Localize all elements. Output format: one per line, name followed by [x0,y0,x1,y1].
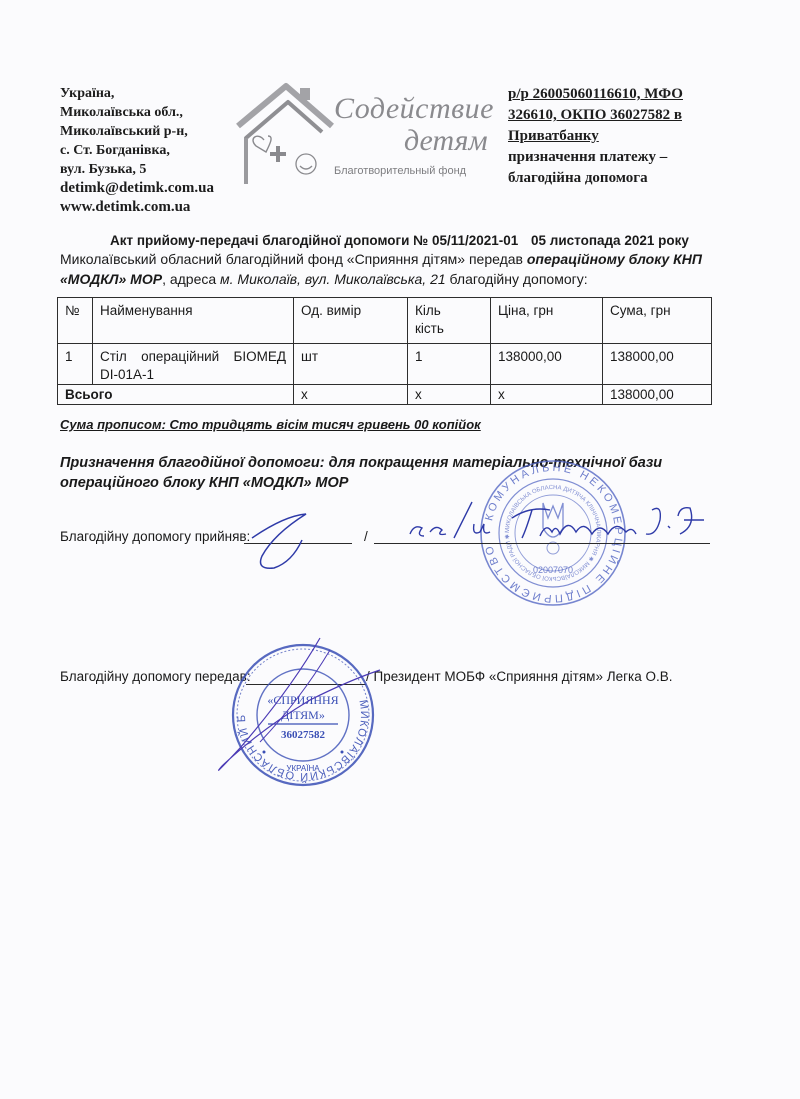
bank-account-line: 326610, ОКПО 36027582 в [508,105,728,126]
aid-purpose: Призначення благодійної допомоги: для по… [60,453,750,493]
received-handwritten-name [400,496,720,546]
received-signature [244,506,354,576]
act-intro: Миколаївський обласний благодійний фонд … [60,249,750,289]
column-header: Кіль кість [408,298,491,344]
sum-in-words: Сума прописом: Сто тридцять вісім тисяч … [60,417,481,432]
column-header: Сума, грн [603,298,712,344]
logo-subtitle: Благотворительный фонд [334,165,466,177]
address-line: Миколаївський р-н, [60,122,260,141]
fund-logo: Содействие детям Благотворительный фонд [234,82,504,192]
address-line: вул. Бузька, 5 [60,160,260,179]
bank-name: Приватбанку [508,126,728,147]
given-signature [180,630,400,790]
total-unit: х [294,385,408,405]
email-link[interactable]: detimk@detimk.com.ua [60,179,260,198]
intro-text: , адреса [162,271,220,287]
table-header-row: № Найменування Од. вимір Кіль кість Ціна… [58,298,712,344]
cell-name: Стіл операційний БІОМЕД DI-01A-1 [93,344,294,385]
bank-details: р/р 26005060116610, МФО 326610, ОКПО 360… [508,84,728,189]
column-header: Найменування [93,298,294,344]
total-price: х [491,385,603,405]
address-line: с. Ст. Богданівка, [60,141,260,160]
payment-purpose: благодійна допомога [508,168,728,189]
column-header-text: Кіль кість [415,303,444,336]
cell-unit: шт [294,344,408,385]
table-total-row: Всього х х х 138000,00 [58,385,712,405]
payment-purpose: призначення платежу – [508,147,728,168]
stamp-code: 02007070 [533,565,573,575]
house-heart-child-icon [234,82,334,192]
website-link[interactable]: www.detimk.com.ua [60,198,260,217]
received-by-label: Благодійну допомогу прийняв: [60,529,250,544]
signature-separator: / [364,529,368,544]
cell-price: 138000,00 [491,344,603,385]
column-header: Од. вимір [294,298,408,344]
sender-address: Україна, Миколаївська обл., Миколаївськи… [60,84,260,217]
address-line: Миколаївська обл., [60,103,260,122]
total-sum: 138000,00 [603,385,712,405]
act-date: 05 листопада 2021 року [531,233,689,248]
logo-title-2: детям [404,124,488,158]
cell-sum: 138000,00 [603,344,712,385]
table-row: 1 Стіл операційний БІОМЕД DI-01A-1 шт 1 … [58,344,712,385]
giver-role-and-name: / Президент МОБФ «Сприяння дітям» Легка … [366,669,672,684]
column-header: Ціна, грн [491,298,603,344]
total-qty: х [408,385,491,405]
recipient-address: м. Миколаїв, вул. Миколаївська, 21 [220,271,446,287]
intro-text: Миколаївський обласний благодійний фонд … [60,251,527,267]
cell-qty: 1 [408,344,491,385]
bank-account-line: р/р 26005060116610, МФО [508,84,728,105]
total-label: Всього [58,385,294,405]
address-line: Україна, [60,84,260,103]
act-title: Акт прийому-передачі благодійної допомог… [110,233,518,248]
items-table: № Найменування Од. вимір Кіль кість Ціна… [57,297,712,405]
column-header: № [58,298,93,344]
logo-title: Содействие [334,92,494,126]
intro-text: благодійну допомогу: [446,271,588,287]
cell-no: 1 [58,344,93,385]
